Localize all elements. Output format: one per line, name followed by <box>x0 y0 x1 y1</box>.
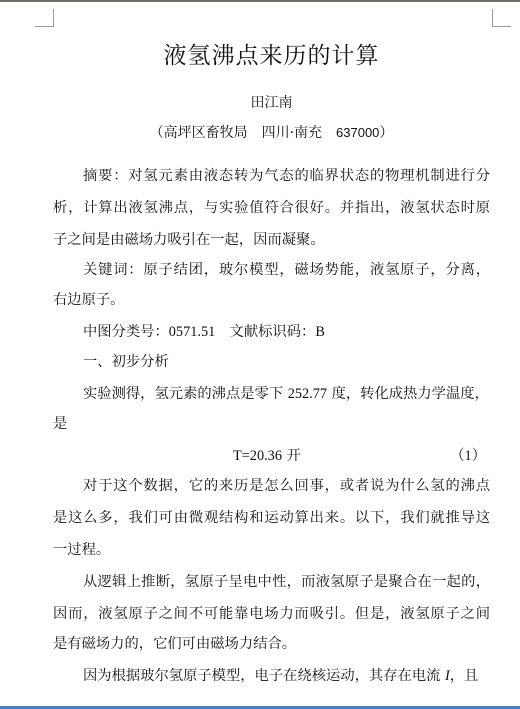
paragraph-line: 对于这个数据，它的来历是怎么回事，或者说为什么氢的沸点 <box>53 476 490 496</box>
doc-code-value: B <box>315 324 325 340</box>
boiling-point-value: 252.77 <box>288 386 327 402</box>
margin-corner-top-left-mark <box>35 9 54 27</box>
classification-value: 0571.51 <box>169 324 215 340</box>
equation-unit: 开 <box>282 448 301 464</box>
paragraph-line: 因为根据玻尔氢原子模型，电子在绕核运动，其存在电流 I，且 <box>53 666 490 686</box>
paragraph-line: 是有磁场力的，它们可由磁场力结合。 <box>53 634 490 654</box>
author-affiliation: （高坪区畜牧局 四川·南充 637000） <box>53 122 490 142</box>
paragraph-line: 是 <box>53 414 490 434</box>
paragraph-line: 是这么多，我们可由微观结构和运动算出来。以下，我们就推导这 <box>53 508 490 528</box>
affiliation-close: ） <box>379 125 393 141</box>
margin-corner-top-right-mark <box>492 9 511 27</box>
paragraph-text: 因为根据玻尔氢原子模型，电子在绕核运动，其存在电流 <box>83 668 445 684</box>
paragraph-text: 度，转化成热力学温度， <box>327 386 489 402</box>
abstract-line: 析，计算出液氢沸点，与实验值符合很好。并指出，液氢状态时原 <box>53 198 490 218</box>
abstract-line: 子之间是由磁场力吸引在一起，因而凝聚。 <box>53 230 490 250</box>
paragraph-text: ，且 <box>450 668 479 684</box>
equation-formula: T=20.36 开 <box>233 446 301 466</box>
keywords-line: 右边原子。 <box>53 290 490 310</box>
window-top-border <box>0 0 520 2</box>
paragraph-text: 实验测得，氢元素的沸点是零下 <box>83 386 288 402</box>
equation-number: （1） <box>450 446 486 466</box>
classification-label: 中图分类号： <box>83 324 169 340</box>
section-heading: 一、初步分析 <box>53 352 490 372</box>
affiliation-org: （高坪区畜牧局 四川·南充 <box>150 125 336 141</box>
document-title: 液氢沸点来历的计算 <box>53 37 490 70</box>
doc-code-label: 文献标识码： <box>230 324 316 340</box>
author-name: 田江南 <box>53 92 490 112</box>
affiliation-postcode: 637000 <box>336 125 379 140</box>
classification-line: 中图分类号：0571.51 文献标识码：B <box>53 322 490 342</box>
keywords-line: 关键词：原子结团，玻尔模型，磁场势能，液氢原子，分离， <box>53 260 490 280</box>
paragraph-line: 一过程。 <box>53 540 490 560</box>
abstract-line: 摘要：对氢元素由液态转为气态的临界状态的物理机制进行分 <box>53 166 490 186</box>
equation-value: T=20.36 <box>233 448 282 464</box>
paragraph-line: 实验测得，氢元素的沸点是零下 252.77 度，转化成热力学温度， <box>53 384 490 404</box>
paragraph-line: 因而，液氢原子之间不可能靠电场力而吸引。但是，液氢原子之间 <box>53 604 490 624</box>
paragraph-line: 从逻辑上推断，氢原子呈电中性，而液氢原子是聚合在一起的， <box>53 572 490 592</box>
